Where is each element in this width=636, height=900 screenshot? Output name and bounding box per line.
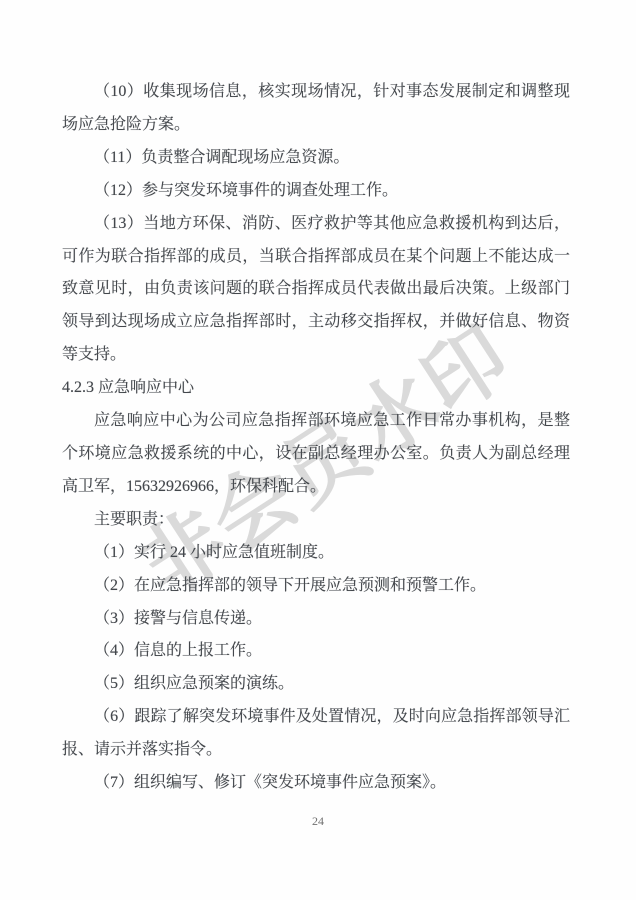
- paragraph: （7）组织编写、修订《突发环境事件应急预案》。: [62, 767, 570, 800]
- section-heading: 4.2.3 应急响应中心: [62, 372, 570, 405]
- document-page: 非会员水印 （10）收集现场信息，核实现场情况，针对事态发展制定和调整现场应急抢…: [0, 0, 636, 900]
- paragraph: （5）组织应急预案的演练。: [62, 668, 570, 701]
- document-content: （10）收集现场信息，核实现场情况，针对事态发展制定和调整现场应急抢险方案。（1…: [62, 76, 570, 800]
- page-number: 24: [0, 814, 636, 829]
- paragraph: （4）信息的上报工作。: [62, 635, 570, 668]
- paragraph: （11）负责整合调配现场应急资源。: [62, 142, 570, 175]
- paragraph: （2）在应急指挥部的领导下开展应急预测和预警工作。: [62, 570, 570, 603]
- paragraph: （10）收集现场信息，核实现场情况，针对事态发展制定和调整现场应急抢险方案。: [62, 76, 570, 142]
- paragraph: （6）跟踪了解突发环境事件及处置情况，及时向应急指挥部领导汇报、请示并落实指令。: [62, 701, 570, 767]
- paragraph: （13）当地方环保、消防、医疗救护等其他应急救援机构到达后，可作为联合指挥部的成…: [62, 208, 570, 373]
- paragraph: （1）实行 24 小时应急值班制度。: [62, 537, 570, 570]
- paragraph: 主要职责：: [62, 504, 570, 537]
- paragraph: 应急响应中心为公司应急指挥部环境应急工作日常办事机构，是整个环境应急救援系统的中…: [62, 405, 570, 504]
- paragraph: （12）参与突发环境事件的调查处理工作。: [62, 175, 570, 208]
- paragraph: （3）接警与信息传递。: [62, 603, 570, 636]
